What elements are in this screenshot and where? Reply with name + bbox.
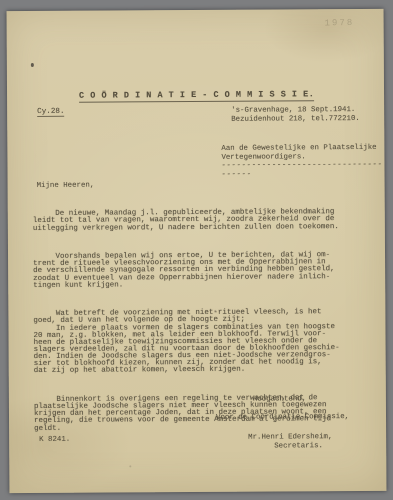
reference-number: Cy.28. xyxy=(37,108,64,117)
valediction: Hoogachtend, xyxy=(253,395,306,404)
salutation: Mijne Heeren, xyxy=(37,182,95,191)
letter-title: C O Ö R D I N A T I E - C O M M I S S I … xyxy=(79,89,314,102)
letter-paper: 1978 C O Ö R D I N A T I E - C O M M I S… xyxy=(7,9,387,493)
ink-speck xyxy=(31,63,34,67)
signatory-title: Secretaris. xyxy=(274,442,323,451)
scanned-letter: 1978 C O Ö R D I N A T I E - C O M M I S… xyxy=(0,0,393,500)
file-number: K 8241. xyxy=(39,436,70,445)
on-behalf-line: Voor de Coördinatie-Commissie, xyxy=(216,413,349,423)
letter-paragraph: Wat betreft de voorziening met niet-ritu… xyxy=(33,309,377,376)
letter-paragraph: Voorshands bepalen wij ons ertoe, U te b… xyxy=(33,252,377,290)
pencil-archive-note: 1978 xyxy=(324,18,354,29)
ink-speck xyxy=(129,465,131,467)
letter-paragraph: De nieuwe, Maandag j.l. gepubliceerde, a… xyxy=(33,209,377,233)
signatory-name: Mr.Henri Edersheim, xyxy=(248,433,332,442)
ink-speck xyxy=(214,310,216,312)
addressee-underline: -------------------------------------- xyxy=(221,161,384,180)
address-phone-line: Bezuidenhout 218, tel.772210. xyxy=(231,115,360,125)
addressee-line-1: Aan de Gewestelijke en Plaatselijke xyxy=(221,144,376,154)
